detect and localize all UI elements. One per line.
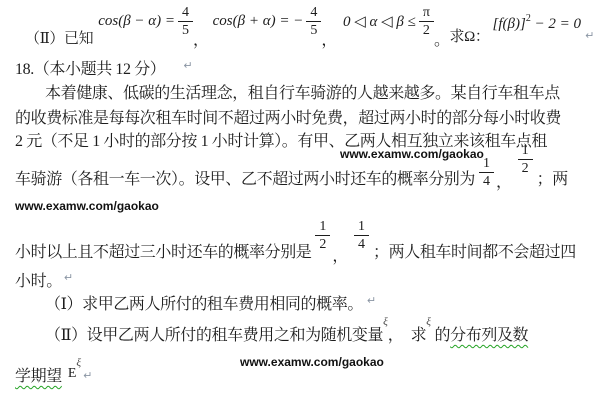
watermark-examw: www.examw.com/gaokao (15, 199, 159, 213)
paragraph-return-icon: ↵ (367, 294, 376, 307)
fraction-one-half: 1 2 (315, 219, 330, 253)
question-part-2-text: （Ⅱ）设甲乙两人所付的租车费用之和为随机变量 (45, 322, 383, 345)
fraction-pi-over-2: π 2 (419, 5, 434, 39)
inequality-alpha-beta: 0 ◁ α ◁ β ≤ π 2 (343, 5, 434, 39)
fraction-denominator: 5 (182, 22, 189, 38)
fraction-one-half: 1 2 (518, 143, 533, 177)
fraction-numerator: 4 (178, 5, 193, 22)
period: 。 (434, 27, 450, 50)
question-part-1: （Ⅰ）求甲乙两人所付的租车费用相同的概率。 ↵ (45, 291, 376, 314)
fraction-numerator: 1 (518, 143, 533, 160)
paragraph-end-line: 小时。 ↵ (15, 268, 73, 291)
paragraph-line-2: 的收费标准是每每次租车时间不超过两小时免费，超过两小时的部分每小时收费 (15, 105, 561, 128)
problem-number-and-points: 18.（本小题共 12 分） (15, 56, 165, 79)
fraction-numerator: 4 (306, 5, 321, 22)
paragraph-return-icon: ↵ (585, 29, 594, 42)
hours-text: 小时。 (15, 268, 62, 291)
fraction-one-quarter: 1 4 (354, 219, 369, 253)
comma: ， (332, 243, 348, 266)
fraction-numerator: 1 (354, 219, 369, 236)
probability-text-end: ；两人租车时间都不会超过四 (373, 239, 576, 262)
equation-base: [f(β)] (493, 16, 526, 32)
equation-rest: − 2 = 0 (535, 16, 582, 32)
xi-variable-symbol: ξ (426, 316, 431, 328)
fraction: 4 5 (306, 5, 321, 39)
paragraph-return-icon: ↵ (64, 271, 73, 284)
distribution-text-spellcheck: 分布列及数 (450, 322, 528, 345)
equation-lhs: cos(β + α) = − (213, 13, 304, 30)
probability-line-2: 小时以上且不超过三小时还车的概率分别是 1 2 ， 1 4 ；两人租车时间都不会… (15, 219, 576, 266)
fraction-numerator: 1 (479, 156, 494, 173)
paragraph-return-icon: ↵ (183, 59, 192, 72)
fraction-denominator: 2 (319, 236, 326, 252)
equation-lhs: cos(β − α) = (98, 13, 175, 30)
equation-cos-beta-plus-alpha: cos(β + α) = − 4 5 (213, 5, 322, 39)
fraction-denominator: 5 (310, 22, 317, 38)
problem-part-2-label: （Ⅱ）已知 (25, 27, 93, 48)
fraction-denominator: 2 (522, 160, 529, 176)
fraction-denominator: 4 (358, 236, 365, 252)
probability-text: 小时以上且不超过三小时还车的概率分别是 (15, 239, 311, 262)
comma: ， (193, 27, 209, 50)
fraction-numerator: 1 (315, 219, 330, 236)
superscript-2: 2 (526, 13, 531, 24)
exam-document-page: （Ⅱ）已知 cos(β − α) = 4 5 ， cos(β + α) = − … (0, 0, 600, 393)
fraction-denominator: 4 (483, 173, 490, 189)
problem-18-header: 18.（本小题共 12 分） ↵ (15, 56, 193, 79)
watermark-examw: www.examw.com/gaokao (240, 355, 384, 369)
expectation-line: 学期望 E ξ ↵ (15, 363, 92, 386)
probability-text-end: ；两 (537, 166, 568, 189)
equation-cos-beta-minus-alpha: cos(β − α) = 4 5 (98, 5, 193, 39)
question-part-2: （Ⅱ）设甲乙两人所付的租车费用之和为随机变量 ξ ， 求 ξ 的 分布列及数 (45, 322, 528, 345)
paragraph-return-icon: ↵ (83, 369, 92, 382)
seek-omega-label: 求Ω： (450, 25, 490, 46)
comma: ， (496, 169, 512, 192)
fraction: 4 5 (178, 5, 193, 39)
expectation-text-spellcheck: 学期望 (15, 363, 62, 386)
fraction-denominator: 2 (423, 22, 430, 38)
question-part-1-text: （Ⅰ）求甲乙两人所付的租车费用相同的概率。 (45, 291, 363, 314)
seek-text: 求 (403, 322, 426, 345)
fraction-one-quarter: 1 4 (479, 156, 494, 190)
math-line-problem-2: （Ⅱ）已知 cos(β − α) = 4 5 ， cos(β + α) = − … (25, 5, 594, 50)
xi-variable-symbol: ξ (76, 357, 81, 369)
inequality-text: 0 ◁ α ◁ β ≤ (343, 12, 416, 31)
probability-line-1: 车骑游（各租一车一次）。设甲、乙不超过两小时还车的概率分别为 1 4 ， 1 2… (15, 143, 568, 192)
fraction-numerator: π (419, 5, 434, 22)
paragraph-line-1: 本着健康、低碳的生活理念，租自行车骑游的人越来越多。某自行车租车点 (45, 80, 560, 103)
xi-variable-symbol: ξ (383, 316, 388, 328)
expectation-e-symbol: E (68, 366, 77, 382)
comma: ， (321, 27, 337, 50)
of-text: 的 (431, 322, 450, 345)
comma: ， (388, 322, 404, 345)
equation-f-beta-squared: [f(β)]2 − 2 = 0 (493, 16, 582, 33)
probability-text: 车骑游（各租一车一次）。设甲、乙不超过两小时还车的概率分别为 (15, 166, 475, 189)
